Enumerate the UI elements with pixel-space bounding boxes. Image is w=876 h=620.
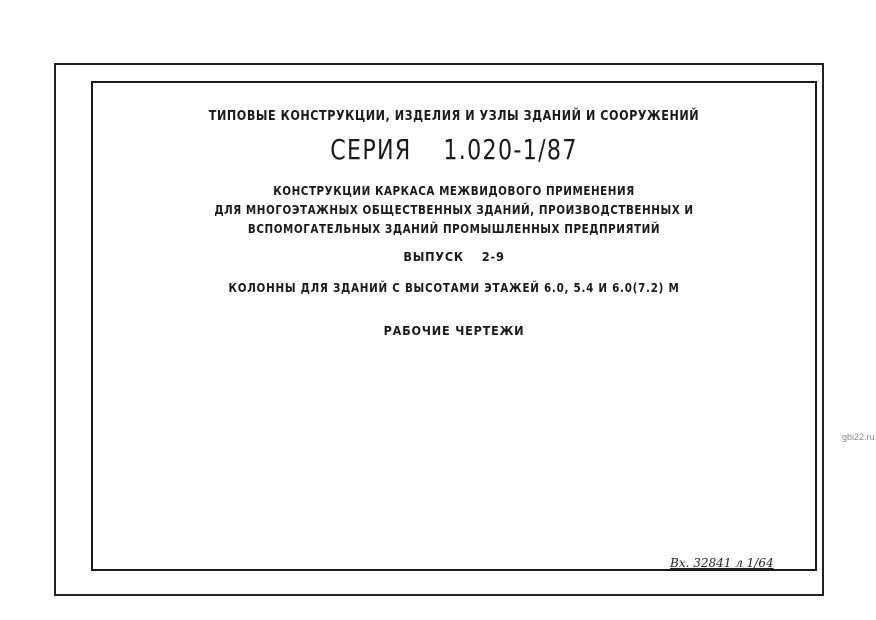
subtitle-line-1: КОНСТРУКЦИИ КАРКАСА МЕЖВИДОВОГО ПРИМЕНЕН… — [120, 183, 788, 198]
series-number: 1.020-1/87 — [443, 133, 577, 166]
subtitle-line-3: ВСПОМОГАТЕЛЬНЫХ ЗДАНИЙ ПРОМЫШЛЕННЫХ ПРЕД… — [120, 221, 788, 236]
columns-description: КОЛОННЫ ДЛЯ ЗДАНИЙ С ВЫСОТАМИ ЭТАЖЕЙ 6.0… — [120, 280, 788, 295]
subtitle-line-2: ДЛЯ МНОГОЭТАЖНЫХ ОБЩЕСТВЕННЫХ ЗДАНИЙ, ПР… — [120, 202, 788, 217]
registration-stamp: Вх. 32841 л 1/64 — [670, 556, 774, 570]
series-label: СЕРИЯ — [330, 133, 411, 166]
series-title: СЕРИЯ1.020-1/87 — [135, 133, 774, 166]
issue-number: 2-9 — [482, 249, 505, 264]
watermark: gbi22.ru — [842, 432, 875, 442]
drawings-type: РАБОЧИЕ ЧЕРТЕЖИ — [91, 323, 817, 338]
issue-label: ВЫПУСК — [403, 249, 464, 264]
document-header: ТИПОВЫЕ КОНСТРУКЦИИ, ИЗДЕЛИЯ И УЗЛЫ ЗДАН… — [120, 108, 788, 124]
issue-line: ВЫПУСК2-9 — [91, 249, 817, 264]
